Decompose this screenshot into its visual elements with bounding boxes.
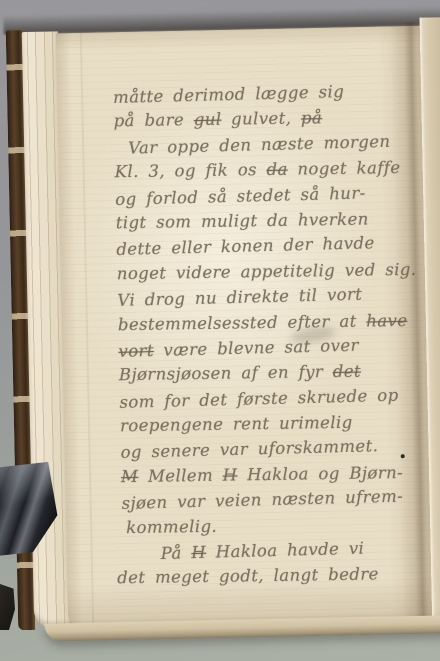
manuscript-word: Var oppe den næste morgen [128, 132, 391, 158]
struck-word: H [223, 465, 238, 484]
struck-word: H [191, 543, 206, 562]
manuscript-word: tigt som muligt da hverken [116, 209, 369, 232]
manuscript-word: Hakloa og Bjørn- [237, 463, 403, 484]
manuscript-word: og forlod så stedet så hur- [115, 183, 366, 209]
photo-scene: måtte derimod lægge sigpå bare gul gulve… [0, 0, 440, 661]
struck-word: da [266, 160, 287, 179]
manuscript-word: roepengene rent urimelig [120, 413, 353, 435]
manuscript-word: det meget godt, langt bedre [117, 565, 379, 588]
manuscript-word: som for det første skruede op [119, 385, 399, 411]
manuscript-word: måtte derimod lægge sig [113, 82, 344, 107]
manuscript-word: bestemmelsessted efter at [118, 311, 367, 334]
manuscript-word: Hakloa havde vi [206, 539, 365, 562]
struck-word: på [301, 109, 322, 128]
manuscript-word: Vi drog nu direkte til vort [117, 285, 362, 310]
struck-word: vort [118, 341, 154, 361]
manuscript-word: gulvet, [221, 109, 301, 129]
manuscript-word: dette eller konen der havde [116, 234, 375, 260]
manuscript-word: Kl. 3, og fik os [115, 160, 267, 181]
manuscript-word: noget videre appetitelig ved sig. [117, 260, 417, 283]
notebook-page: måtte derimod lægge sigpå bare gul gulve… [56, 26, 434, 628]
manuscript-word: noget kaffe [288, 158, 401, 179]
manuscript-word: sjøen var veien næsten ufrem- [121, 487, 403, 513]
manuscript-word: være blevne sat over [154, 336, 359, 360]
manuscript-word: på bare [114, 110, 194, 130]
struck-word: gul [194, 110, 222, 129]
manuscript-word: På [160, 543, 191, 563]
struck-word: det [333, 362, 361, 381]
manuscript-word: og senere var uforskammet. [120, 437, 378, 463]
manuscript-word: kommelig. [126, 516, 217, 536]
handwritten-text: måtte derimod lægge sigpå bare gul gulve… [113, 78, 426, 592]
notebook: måtte derimod lægge sigpå bare gul gulve… [0, 15, 440, 640]
struck-word: M [121, 467, 139, 486]
manuscript-word: Bjørnsjøosen af en fyr [119, 362, 333, 384]
manuscript-word: Mellem [138, 466, 223, 486]
manuscript-line: det meget godt, langt bedre [117, 561, 425, 591]
